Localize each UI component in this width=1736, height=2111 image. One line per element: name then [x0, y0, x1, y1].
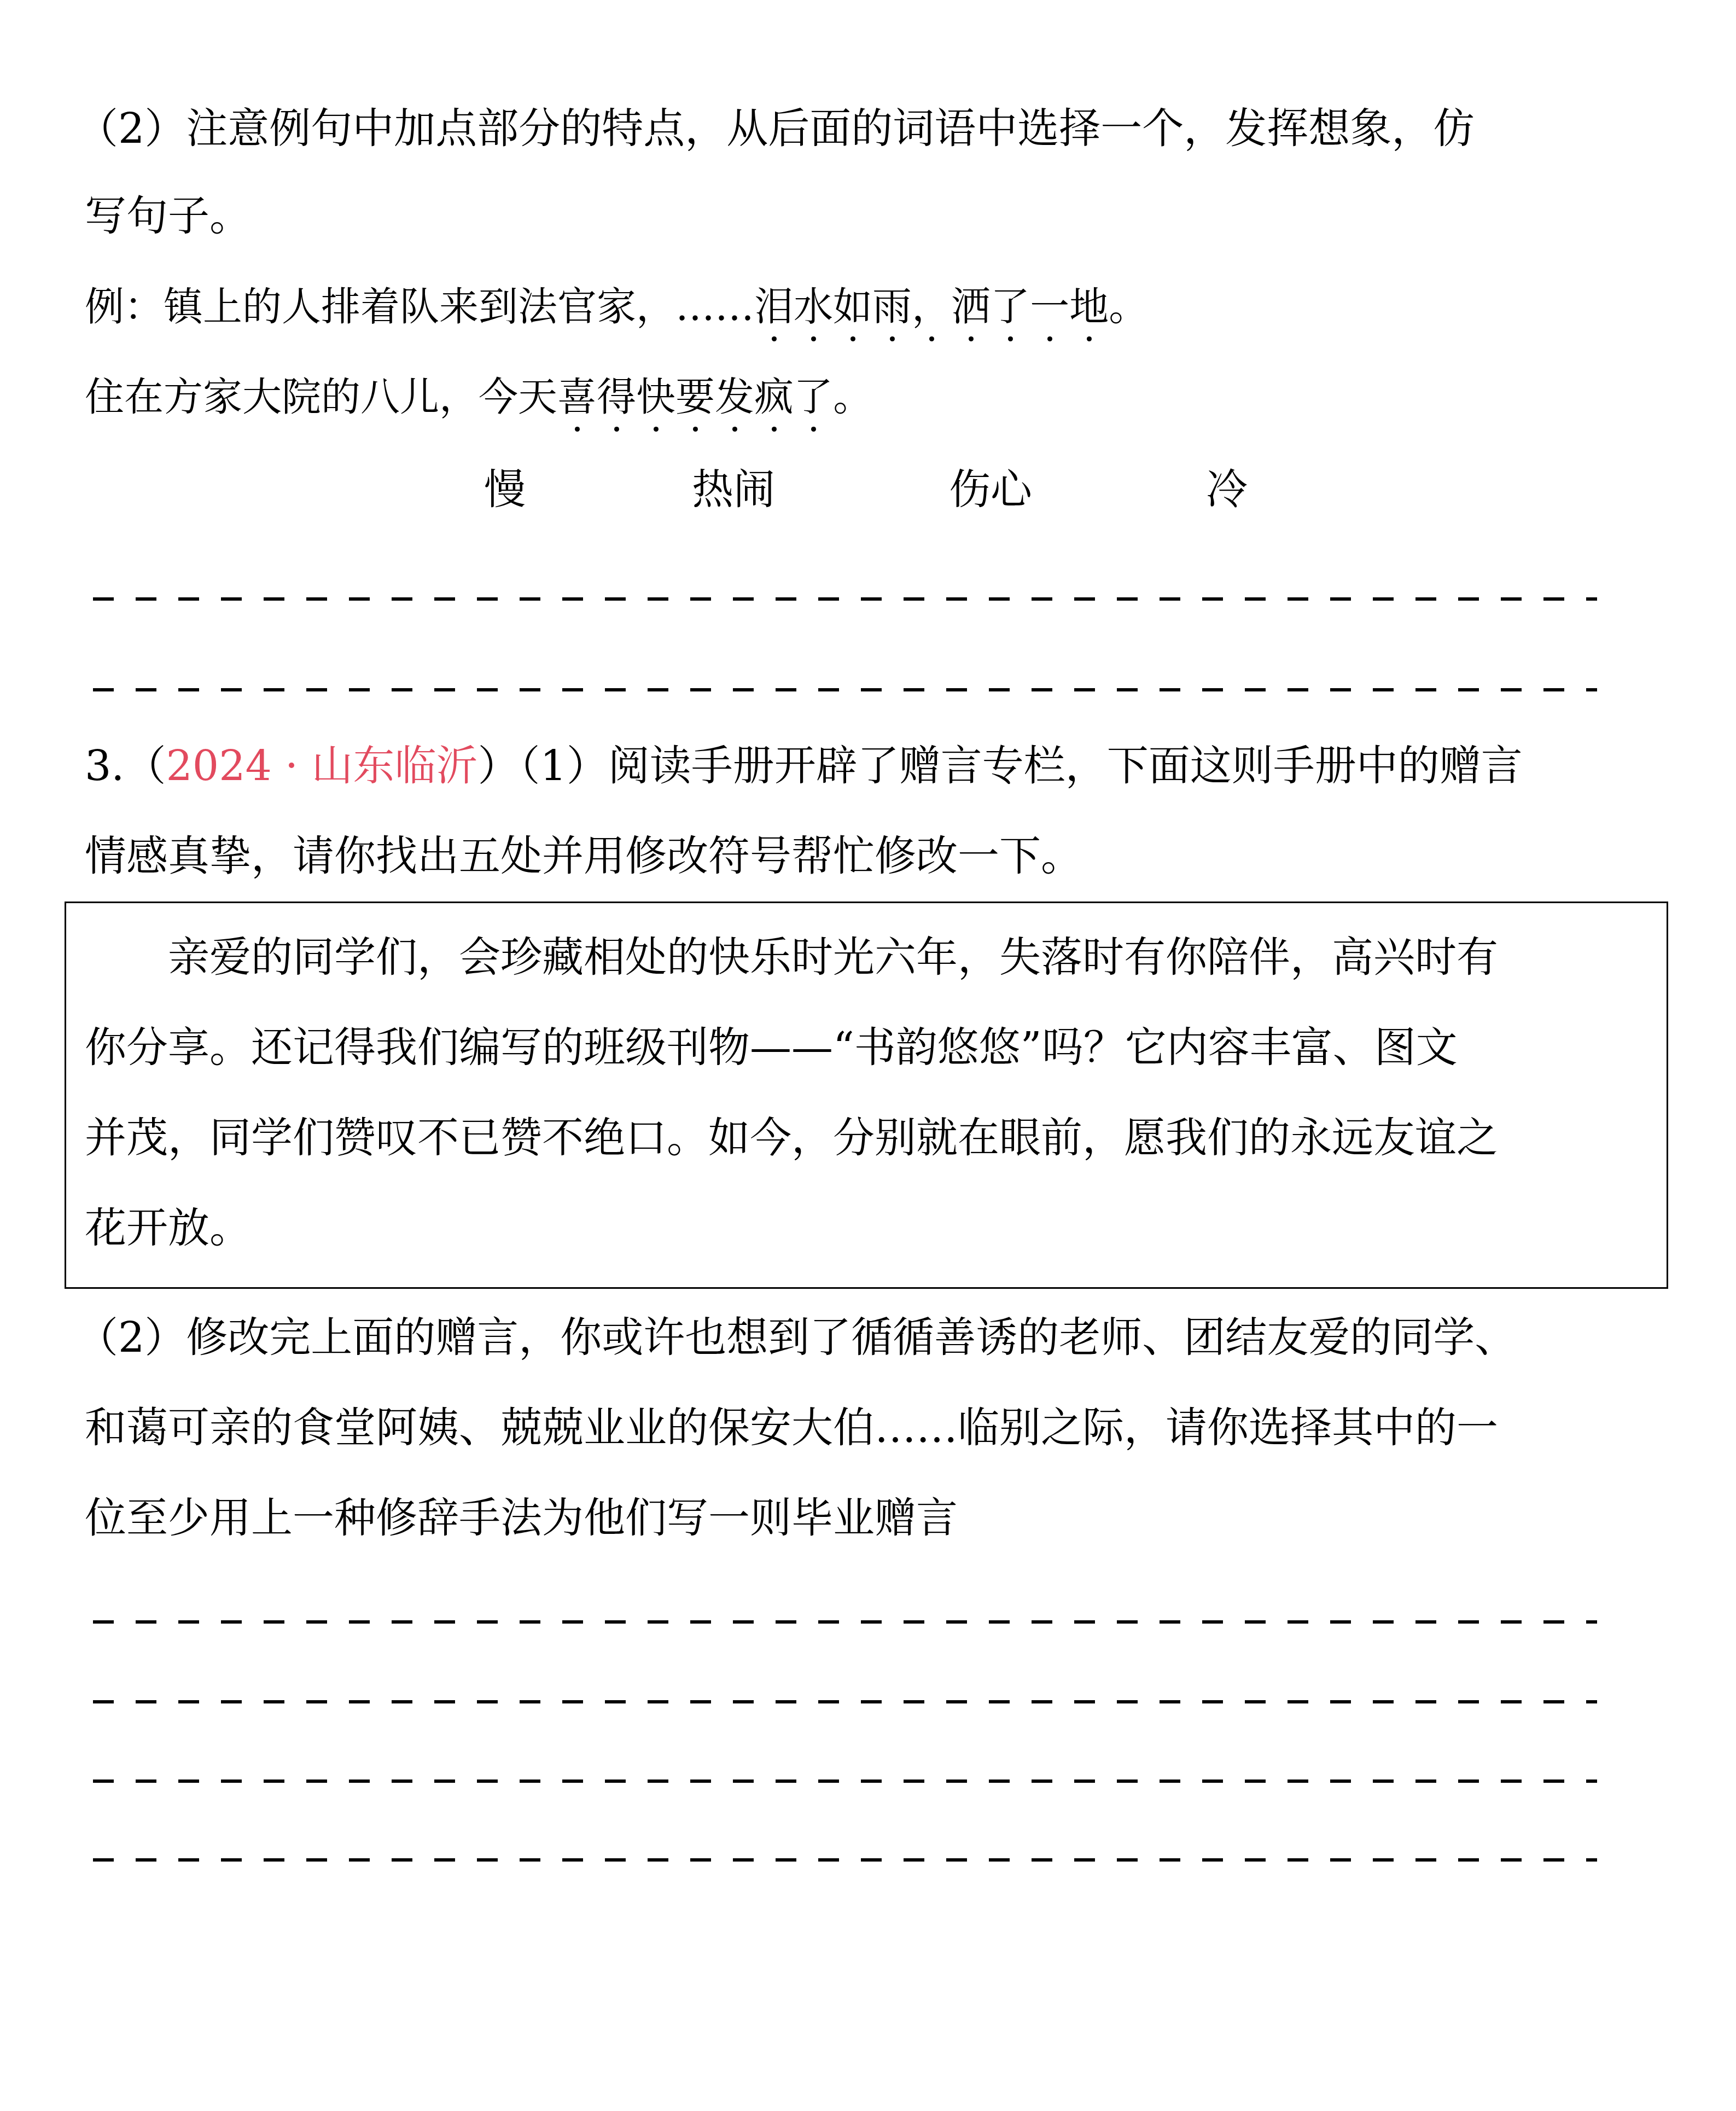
word-option: 慢 — [484, 462, 526, 517]
emphasis-dot-char: 要 — [675, 369, 715, 424]
q3-prompt-line-2: 情感真挚，请你找出五处并用修改符号帮忙修改一下。 — [85, 829, 1082, 883]
word-option: 伤心 — [949, 462, 1032, 517]
word-options: 慢 热闹 伤心 冷 — [0, 462, 1736, 517]
word-option: 冷 — [1206, 462, 1248, 517]
emphasis-dot-char: 疯 — [754, 369, 794, 424]
instruction-line-2: 写句子。 — [85, 189, 251, 243]
example-dotted-text: 泪水如雨，洒了一地 — [754, 283, 1109, 329]
emphasis-dot-char: ， — [912, 279, 951, 334]
sentence-prefix: 住在方家大院的八儿，今天 — [85, 374, 557, 420]
emphasis-dot-char: 发 — [715, 369, 754, 424]
q3-part2-line: 位至少用上一种修辞手法为他们写一则毕业赠言 — [85, 1491, 958, 1545]
question-number: 3.（ — [85, 741, 166, 790]
example-sentence: 例：镇上的人排着队来到法官家，……泪水如雨，洒了一地。 — [85, 279, 1148, 334]
word-option: 热闹 — [692, 462, 775, 517]
box-line: 你分享。还记得我们编写的班级刊物——“书韵悠悠”吗？它内容丰富、图文 — [85, 1020, 1458, 1075]
emphasis-dot-char: 洒 — [951, 279, 991, 334]
emphasis-dot-char: 了 — [991, 279, 1030, 334]
emphasis-dot-char: 了 — [794, 369, 833, 424]
source-tag: 2024 · 山东临沂 — [166, 741, 478, 790]
emphasis-dot-char: 快 — [636, 369, 675, 424]
answer-line[interactable] — [93, 1700, 1597, 1703]
box-line: 亲爱的同学们，会珍藏相处的快乐时光六年，失落时有你陪伴，高兴时有 — [85, 930, 1498, 985]
sentence-dotted-text: 喜得快要发疯了 — [557, 374, 833, 420]
answer-line[interactable] — [93, 1779, 1597, 1783]
emphasis-dot-char: 一 — [1030, 279, 1069, 334]
q3-prompt: ）（1）阅读手册开辟了赠言专栏，下面这则手册中的赠言 — [477, 741, 1522, 790]
box-line: 并茂，同学们赞叹不已赞不绝口。如今，分别就在眼前，愿我们的永远友谊之 — [85, 1110, 1498, 1165]
emphasis-dot-char: 如 — [833, 279, 872, 334]
box-line: 花开放。 — [85, 1201, 251, 1255]
emphasis-dot-char: 水 — [794, 279, 833, 334]
emphasis-dot-char: 地 — [1069, 279, 1109, 334]
q3-header: 3.（2024 · 山东临沂）（1）阅读手册开辟了赠言专栏，下面这则手册中的赠言 — [85, 738, 1523, 793]
answer-line[interactable] — [93, 688, 1597, 691]
example-prefix: 例：镇上的人排着队来到法官家，…… — [85, 283, 754, 329]
instruction-line-1: （2）注意例句中加点部分的特点，从后面的词语中选择一个，发挥想象，仿 — [77, 101, 1475, 156]
emphasis-dot-char: 泪 — [754, 279, 794, 334]
q3-part2-line: （2）修改完上面的赠言，你或许也想到了循循善诱的老师、团结友爱的同学、 — [77, 1310, 1516, 1365]
example-suffix: 。 — [1109, 283, 1148, 329]
answer-line[interactable] — [93, 1858, 1597, 1862]
sentence-suffix: 。 — [833, 374, 872, 420]
emphasis-dot-char: 得 — [597, 369, 636, 424]
emphasis-dot-char: 雨 — [872, 279, 912, 334]
emphasis-dot-char: 喜 — [557, 369, 597, 424]
q3-part2-line: 和蔼可亲的食堂阿姨、兢兢业业的保安大伯……临别之际，请你选择其中的一 — [85, 1400, 1498, 1455]
answer-line[interactable] — [93, 597, 1597, 601]
target-sentence: 住在方家大院的八儿，今天喜得快要发疯了。 — [85, 369, 872, 424]
answer-line[interactable] — [93, 1620, 1597, 1624]
